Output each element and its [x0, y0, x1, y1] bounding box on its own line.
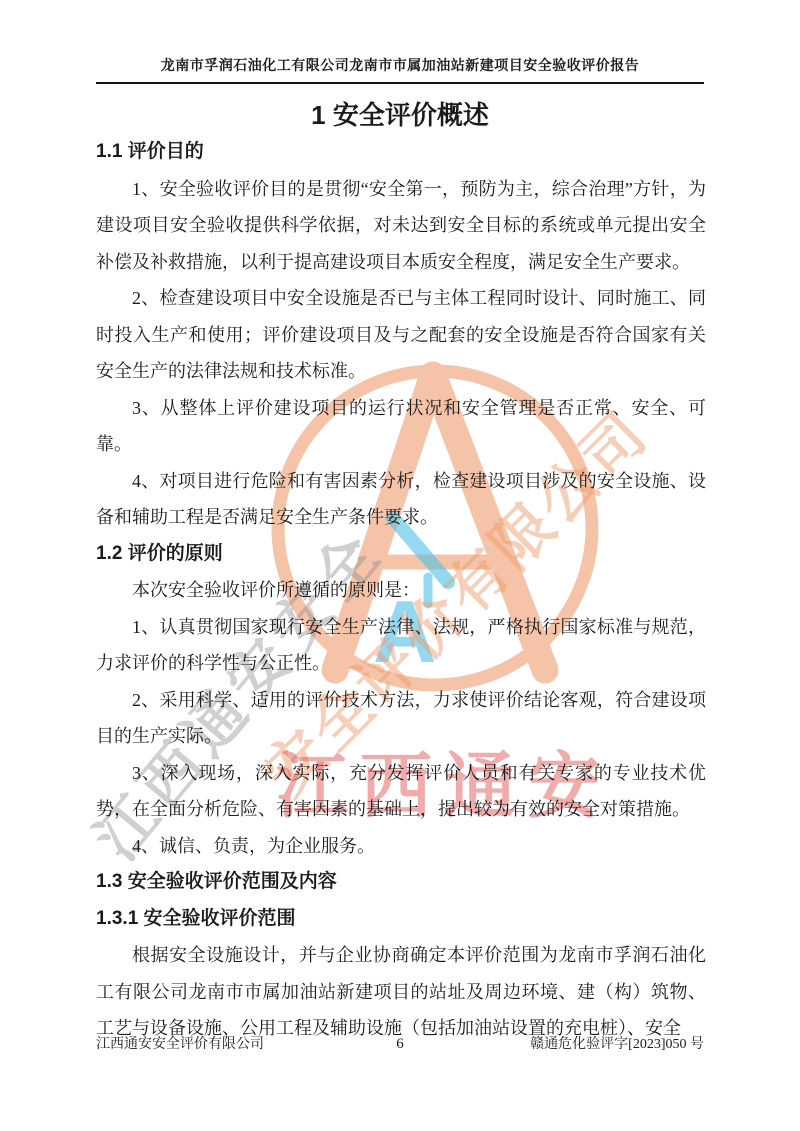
- section-heading: 1.1 评价目的: [96, 134, 706, 171]
- footer-page-number: 6: [380, 1036, 420, 1053]
- page-header: 龙南市孚润石油化工有限公司龙南市市属加油站新建项目安全验收评价报告: [96, 55, 704, 84]
- body-paragraph: 2、采用科学、适用的评价技术方法，力求使评价结论客观，符合建设项目的生产实际。: [96, 682, 706, 755]
- body-paragraph: 3、深入现场，深入实际，充分发挥评价人员和有关专家的专业技术优势，在全面分析危险…: [96, 755, 706, 828]
- document-text-layer: 龙南市孚润石油化工有限公司龙南市市属加油站新建项目安全验收评价报告 1 安全评价…: [0, 0, 800, 1131]
- body-paragraph: 本次安全验收评价所遵循的原则是：: [96, 572, 706, 609]
- body-paragraph: 4、诚信、负责，为企业服务。: [96, 828, 706, 865]
- chapter-title: 1 安全评价概述: [0, 95, 800, 132]
- footer-doc-number: 赣通危化验评字[2023]050 号: [420, 1033, 704, 1053]
- body-paragraph: 1、安全验收评价目的是贯彻“安全第一，预防为主，综合治理”方针，为建设项目安全验…: [96, 171, 706, 281]
- body-paragraph: 3、从整体上评价建设项目的运行状况和安全管理是否正常、安全、可靠。: [96, 390, 706, 463]
- document-content: 1.1 评价目的1、安全验收评价目的是贯彻“安全第一，预防为主，综合治理”方针，…: [96, 134, 706, 1047]
- section-heading: 1.3.1 安全验收评价范围: [96, 901, 706, 938]
- body-paragraph: 2、检查建设项目中安全设施是否已与主体工程同时设计、同时施工、同时投入生产和使用…: [96, 280, 706, 390]
- page-footer: 江西通安安全评价有限公司 6 赣通危化验评字[2023]050 号: [96, 1033, 704, 1053]
- body-paragraph: 根据安全设施设计，并与企业协商确定本评价范围为龙南市孚润石油化工有限公司龙南市市…: [96, 937, 706, 1047]
- header-running-title: 龙南市孚润石油化工有限公司龙南市市属加油站新建项目安全验收评价报告: [161, 59, 640, 74]
- body-paragraph: 4、对项目进行危险和有害因素分析，检查建设项目涉及的安全设施、设备和辅助工程是否…: [96, 463, 706, 536]
- footer-company-name: 江西通安安全评价有限公司: [96, 1033, 380, 1053]
- document-page: A 江西通安安全 安全评价有限公司 江西通安 龙南市孚润石油化工有限公司龙南市市…: [0, 0, 800, 1131]
- section-heading: 1.2 评价的原则: [96, 536, 706, 573]
- body-paragraph: 1、认真贯彻国家现行安全生产法律、法规，严格执行国家标准与规范，力求评价的科学性…: [96, 609, 706, 682]
- section-heading: 1.3 安全验收评价范围及内容: [96, 864, 706, 901]
